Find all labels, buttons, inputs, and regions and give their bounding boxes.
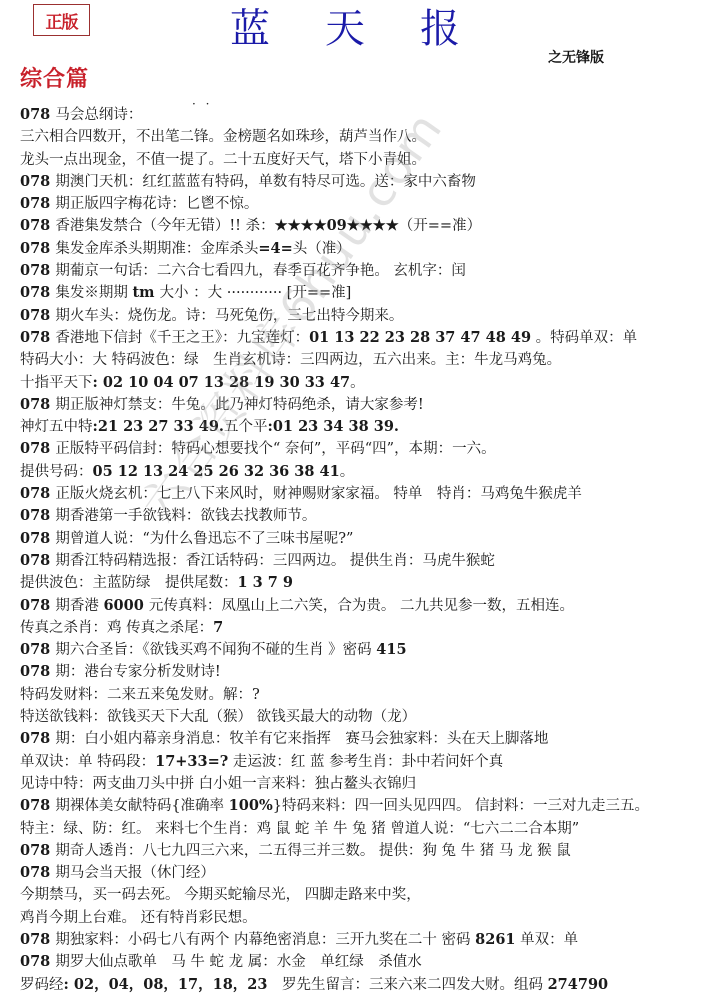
text-segment: 8261 <box>475 931 515 948</box>
content-line: 078 集发金库杀头期期准：金库杀头=4=头（准） <box>20 238 700 260</box>
text-segment: 078 <box>20 530 55 547</box>
text-segment: 期马会当天报（休门经） <box>55 865 215 881</box>
content-line: 078 期香港 6000 元传真料：凤凰山上二六笑，合为贵。 二九共见参一数，五… <box>20 595 700 617</box>
text-segment: 078 <box>20 173 55 190</box>
text-segment: tm <box>132 284 159 301</box>
content-line: 078 期正版神灯禁支：牛兔。此乃神灯特码绝杀，请大家参考! <box>20 394 700 416</box>
text-segment: 期正版神灯禁支：牛兔。此乃神灯特码绝杀，请大家参考! <box>55 397 423 413</box>
text-segment: 罗码经 <box>20 977 64 993</box>
text-segment: 078 <box>20 262 55 279</box>
text-segment: 078 <box>20 106 55 123</box>
content-line: 十指平天下: 02 10 04 07 13 28 19 30 33 47。 <box>20 372 700 394</box>
content-line: 提供号码：05 12 13 24 25 26 32 36 38 41。 <box>20 461 700 483</box>
text-segment: 078 <box>20 440 55 457</box>
text-segment: :21 23 27 33 49. <box>93 418 224 435</box>
text-segment: 特送欲钱料：欲钱买天下大乱（猴） 欲钱买最大的动物（龙） <box>20 709 416 725</box>
text-segment: 罗先生留言：三来六来二四发大财。组码 <box>267 977 547 993</box>
text-segment: 274790 <box>548 976 609 993</box>
text-segment: 078 <box>20 217 55 234</box>
text-segment: 05 12 13 24 25 26 32 36 38 41 <box>93 463 340 480</box>
content-line: 三六相合四数开，不出笔二锋。金榜题名如珠珍，葫芦当作八。 <box>20 126 700 148</box>
text-segment: 078 <box>20 663 55 680</box>
text-segment: 龙头一点出现金，不值一提了。二十五度好天气，塔下小青姐。 <box>20 152 426 168</box>
text-segment: 078 <box>20 240 55 257</box>
content-line: 078 期奇人透肖：八七九四三六来，二五得三并三数。 提供：狗 兔 牛 猪 马 … <box>20 840 700 862</box>
page-title: 蓝 天 报 <box>230 0 460 50</box>
title-char-1: 蓝 <box>230 0 270 54</box>
content-line: 提供波色：主蓝防绿 提供尾数：1 3 7 9 <box>20 572 700 594</box>
content-line: 078 期：港台专家分析发财诗! <box>20 661 700 683</box>
text-segment: 单双诀：单 特码段： <box>20 754 155 770</box>
content-line: 神灯五中特:21 23 27 33 49.五个平:01 23 34 38 39. <box>20 416 700 438</box>
text-segment: 078 <box>20 597 55 614</box>
text-segment: 415 <box>376 641 406 658</box>
text-segment: 走运波：红 蓝 参考生肖：卦中若问奸个真 <box>228 754 503 770</box>
text-segment: 期曾道人说：“为什么鲁迅忘不了三味书屋呢?” <box>55 531 353 547</box>
content-line: 078 正版特平码信封：特码心想要找个“ 奈何”，平码“四”，本期：一六。 <box>20 438 700 460</box>
content-line: 单双诀：单 特码段：17+33=? 走运波：红 蓝 参考生肖：卦中若问奸个真 <box>20 751 700 773</box>
text-segment: 单双：单 <box>516 932 579 948</box>
text-segment: 。 <box>340 464 355 480</box>
content-line: 传真之杀肖：鸡 传真之杀尾：7 <box>20 617 700 639</box>
content-line: 078 正版火烧玄机：七上八下来风时，财神赐财家家福。 特单 特肖：马鸡兔牛猴虎… <box>20 483 700 505</box>
text-segment: 正版火烧玄机：七上八下来风时，财神赐财家家福。 特单 特肖：马鸡兔牛猴虎羊 <box>55 486 582 502</box>
text-segment: ★★★★09★★★★ <box>275 217 399 234</box>
stamp-label: 正版 <box>46 8 78 33</box>
content-line: 罗码经: 02，04，08，17，18，23 罗先生留言：三来六来二四发大财。组… <box>20 974 700 994</box>
text-segment: 集发※期期 <box>55 285 132 301</box>
content-lines: 078 马会总纲诗：三六相合四数开，不出笔二锋。金榜题名如珠珍，葫芦当作八。龙头… <box>20 104 700 994</box>
text-segment: 078 <box>20 931 55 948</box>
content-line: 078 期六合圣旨：《欲钱买鸡不闻狗不碰的生肖 》密码 415 <box>20 639 700 661</box>
content-line: 078 期裸体美女献特码{准确率 100%}特码来料：四一回头见四四。 信封料：… <box>20 795 700 817</box>
text-segment: 五个平 <box>224 419 268 435</box>
text-segment: 078 <box>20 284 55 301</box>
text-segment: 大小 ：大 ············ [开==准] <box>160 285 352 301</box>
text-segment: 今期禁马，买一码去死。 今期买蛇输尽光， 四脚走路来中奖， <box>20 887 421 903</box>
text-segment: =4= <box>258 240 292 257</box>
title-char-2: 天 <box>325 0 365 54</box>
content-line: 特送欲钱料：欲钱买天下大乱（猴） 欲钱买最大的动物（龙） <box>20 706 700 728</box>
text-segment: 神灯五中特 <box>20 419 93 435</box>
text-segment: 期正版四字梅花诗：匕鬯不惊。 <box>55 196 258 212</box>
text-segment: 078 <box>20 953 55 970</box>
text-segment: 期香江特码精选报：香江话特码：三四两边。 提供生肖：马虎牛猴蛇 <box>55 553 495 569</box>
text-segment: 三六相合四数开，不出笔二锋。金榜题名如珠珍，葫芦当作八。 <box>20 129 426 145</box>
text-segment: 特码大小：大 特码波色：绿 生肖玄机诗：三四两边，五六出来。主：牛龙马鸡兔。 <box>20 352 561 368</box>
section-heading: 综合篇 <box>20 62 89 93</box>
content-line: 078 期葡京一句话：二六合七看四九，春季百花齐争艳。 玄机字：闰 <box>20 260 700 282</box>
text-segment: : 02 10 04 07 13 28 19 30 33 47 <box>93 374 351 391</box>
content-line: 078 期香江特码精选报：香江话特码：三四两边。 提供生肖：马虎牛猴蛇 <box>20 550 700 572</box>
text-segment: 期：港台专家分析发财诗! <box>55 664 220 680</box>
content-line: 特码发财料：二来五来兔发财。解：? <box>20 684 700 706</box>
content-line: 078 马会总纲诗： <box>20 104 700 126</box>
text-segment: 17+33=? <box>155 753 228 770</box>
text-segment: 香港集发禁合（今年无错）!! 杀： <box>55 218 274 234</box>
text-segment: 期：白小姐内幕亲身消息：牧羊有它来指挥 赛马会独家料：头在天上脚落地 <box>55 731 548 747</box>
text-segment: 078 <box>20 195 55 212</box>
text-segment: 头（准） <box>293 241 351 257</box>
content-line: 078 期马会当天报（休门经） <box>20 862 700 884</box>
text-segment: 6000 <box>103 597 148 614</box>
content-line: 078 期火车头：烧伤龙。诗：马死兔伤，三七出特今期来。 <box>20 305 700 327</box>
text-segment: 078 <box>20 329 55 346</box>
text-segment: 元传真料：凤凰山上二六笑，合为贵。 二九共见参一数，五相连。 <box>149 598 574 614</box>
text-segment: 见诗中特：两支曲刀头中拼 白小姐一言来料：独占鳌头衣锦归 <box>20 776 416 792</box>
text-segment: 期香港第一手欲钱料：欲钱去找教师节。 <box>55 508 316 524</box>
content-line: 078 香港地下信封《千王之王》：九宝莲灯：01 13 22 23 28 37 … <box>20 327 700 349</box>
content-line: 078 期正版四字梅花诗：匕鬯不惊。 <box>20 193 700 215</box>
text-segment: 1 3 7 9 <box>238 574 294 591</box>
content-line: 078 香港集发禁合（今年无错）!! 杀：★★★★09★★★★（开==准） <box>20 215 700 237</box>
text-segment: 期火车头：烧伤龙。诗：马死兔伤，三七出特今期来。 <box>55 308 403 324</box>
text-segment: 078 <box>20 797 55 814</box>
content-line: 见诗中特：两支曲刀头中拼 白小姐一言来料：独占鳌头衣锦归 <box>20 773 700 795</box>
text-segment: 期独家料：小码七八有两个 内幕绝密消息：三开九奖在二十 密码 <box>55 932 475 948</box>
content-line: 078 集发※期期 tm 大小 ：大 ············ [开==准] <box>20 282 700 304</box>
text-segment: 期香港 <box>55 598 103 614</box>
text-segment: 传真之杀肖：鸡 传真之杀尾： <box>20 620 213 636</box>
text-segment: 提供波色：主蓝防绿 提供尾数： <box>20 575 238 591</box>
text-segment: 01 13 22 23 28 37 47 48 49 <box>309 329 531 346</box>
text-segment: 078 <box>20 307 55 324</box>
content-line: 特主：绿、防：红。 来料七个生肖：鸡 鼠 蛇 羊 牛 兔 猪 曾道人说：“七六二… <box>20 818 700 840</box>
content-line: 078 期独家料：小码七八有两个 内幕绝密消息：三开九奖在二十 密码 8261 … <box>20 929 700 951</box>
text-segment: 期罗大仙点歌单 马 牛 蛇 龙 属：水金 单红绿 杀值水 <box>55 954 421 970</box>
text-segment: 马会总纲诗： <box>55 107 142 123</box>
text-segment: 078 <box>20 641 55 658</box>
text-segment: :01 23 34 38 39. <box>267 418 398 435</box>
text-segment: （开==准） <box>399 218 481 234</box>
text-segment: 。特码单双：单 <box>531 330 637 346</box>
text-segment: 078 <box>20 730 55 747</box>
text-segment: : 02，04，08，17，18，23 <box>64 976 268 993</box>
text-segment: }特码来料：四一回头见四四。 信封料：一三对九走三五。 <box>273 798 649 814</box>
text-segment: 鸡肖今期上台难。 还有特肖彩民想。 <box>20 910 257 926</box>
content-line: 078 期曾道人说：“为什么鲁迅忘不了三味书屋呢?” <box>20 528 700 550</box>
text-segment: 十指平天下 <box>20 375 93 391</box>
text-segment: 集发金库杀头期期准：金库杀头 <box>55 241 258 257</box>
text-segment: 期澳门天机：红红蓝蓝有特码，单数有特尽可选。送：家中六畜物 <box>55 174 476 190</box>
content-line: 078 期香港第一手欲钱料：欲钱去找教师节。 <box>20 505 700 527</box>
official-version-stamp: 正版 <box>33 4 90 36</box>
content-line: 龙头一点出现金，不值一提了。二十五度好天气，塔下小青姐。 <box>20 149 700 171</box>
text-segment: 正版特平码信封：特码心想要找个“ 奈何”，平码“四”，本期：一六。 <box>55 441 495 457</box>
text-segment: 7 <box>213 619 223 636</box>
text-segment: 期葡京一句话：二六合七看四九，春季百花齐争艳。 玄机字：闰 <box>55 263 466 279</box>
content-line: 078 期罗大仙点歌单 马 牛 蛇 龙 属：水金 单红绿 杀值水 <box>20 951 700 973</box>
content-line: 078 期澳门天机：红红蓝蓝有特码，单数有特尽可选。送：家中六畜物 <box>20 171 700 193</box>
text-segment: 特码发财料：二来五来兔发财。解：? <box>20 687 260 703</box>
text-segment: 078 <box>20 864 55 881</box>
text-segment: 香港地下信封《千王之王》：九宝莲灯： <box>55 330 309 346</box>
content-line: 078 期：白小姐内幕亲身消息：牧羊有它来指挥 赛马会独家料：头在天上脚落地 <box>20 728 700 750</box>
text-segment: 078 <box>20 842 55 859</box>
content-line: 鸡肖今期上台难。 还有特肖彩民想。 <box>20 907 700 929</box>
content-line: 特码大小：大 特码波色：绿 生肖玄机诗：三四两边，五六出来。主：牛龙马鸡兔。 <box>20 349 700 371</box>
text-segment: 提供号码： <box>20 464 93 480</box>
text-segment: 。 <box>350 375 365 391</box>
text-segment: 期裸体美女献特码{准确率 <box>55 798 228 814</box>
text-segment: 078 <box>20 507 55 524</box>
title-char-3: 报 <box>420 0 460 54</box>
text-segment: 078 <box>20 396 55 413</box>
text-segment: 100% <box>229 797 273 814</box>
content-line: 今期禁马，买一码去死。 今期买蛇输尽光， 四脚走路来中奖， <box>20 884 700 906</box>
text-segment: 078 <box>20 485 55 502</box>
text-segment: 特主：绿、防：红。 来料七个生肖：鸡 鼠 蛇 羊 牛 兔 猪 曾道人说：“七六二… <box>20 821 579 837</box>
text-segment: 期奇人透肖：八七九四三六来，二五得三并三数。 提供：狗 兔 牛 猪 马 龙 猴 … <box>55 843 570 859</box>
text-segment: 期六合圣旨：《欲钱买鸡不闻狗不碰的生肖 》密码 <box>55 642 376 658</box>
edition-label: 之无锋版 <box>548 47 604 67</box>
text-segment: 078 <box>20 552 55 569</box>
